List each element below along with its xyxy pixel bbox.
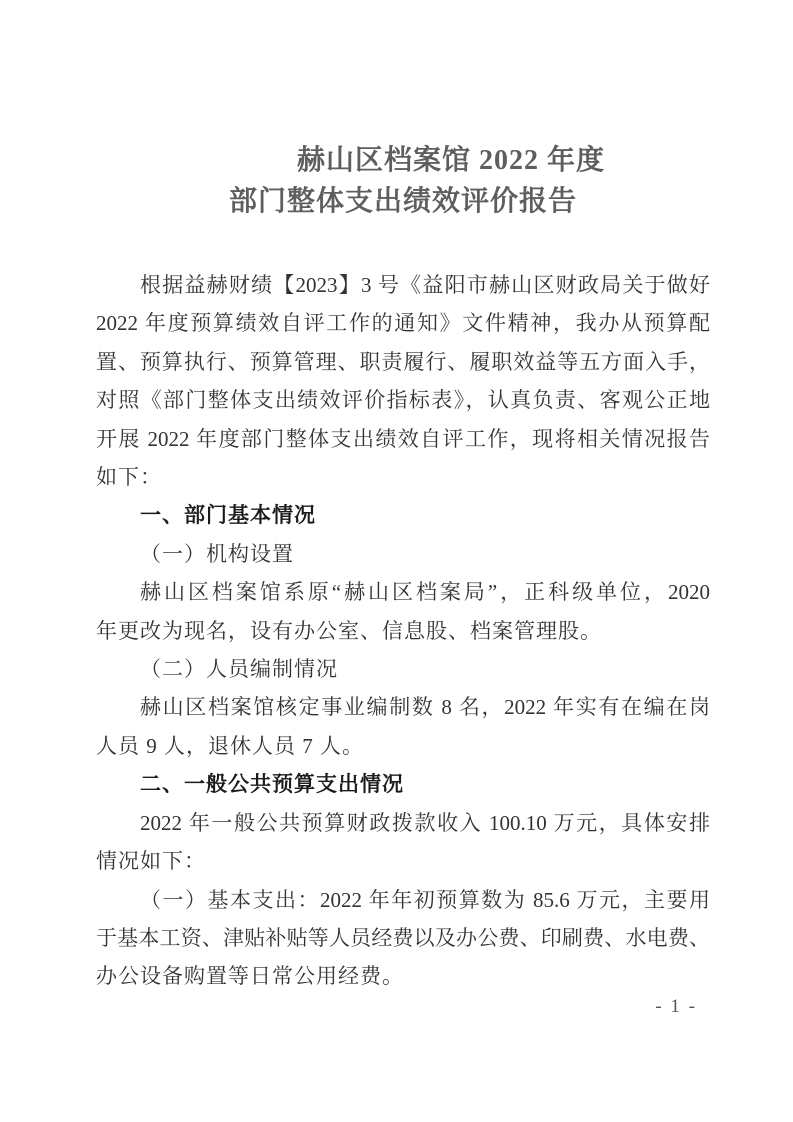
section-heading-2: 二、一般公共预算支出情况 bbox=[96, 765, 710, 803]
paragraph-line: 根据益赫财绩【2023】3 号《益阳市赫山区财政局关于做好 bbox=[96, 266, 710, 304]
document-title: 赫山区档案馆 2022 年度 部门整体支出绩效评价报告 bbox=[96, 140, 710, 222]
paragraph-line: 年更改为现名，设有办公室、信息股、档案管理股。 bbox=[96, 612, 710, 650]
paragraph-line: 赫山区档案馆核定事业编制数 8 名，2022 年实有在编在岗 bbox=[96, 688, 710, 726]
paragraph-line: 开展 2022 年度部门整体支出绩效自评工作，现将相关情况报告 bbox=[96, 420, 710, 458]
paragraph-line: 情况如下： bbox=[96, 842, 710, 880]
paragraph-line: 对照《部门整体支出绩效评价指标表》，认真负责、客观公正地 bbox=[96, 381, 710, 419]
document-page: 赫山区档案馆 2022 年度 部门整体支出绩效评价报告 根据益赫财绩【2023】… bbox=[0, 0, 793, 1122]
title-line-2: 部门整体支出绩效评价报告 bbox=[96, 181, 710, 222]
sub-heading: （一）机构设置 bbox=[96, 535, 710, 573]
paragraph-line: 办公设备购置等日常公用经费。 bbox=[96, 957, 710, 995]
page-number: - 1 - bbox=[655, 996, 697, 1018]
paragraph-line: 2022 年一般公共预算财政拨款收入 100.10 万元，具体安排 bbox=[96, 804, 710, 842]
paragraph-line: 人员 9 人，退休人员 7 人。 bbox=[96, 727, 710, 765]
title-line-1: 赫山区档案馆 2022 年度 bbox=[96, 140, 710, 181]
section-heading-1: 一、部门基本情况 bbox=[96, 496, 710, 534]
paragraph-line: 赫山区档案馆系原“赫山区档案局”，正科级单位，2020 bbox=[96, 573, 710, 611]
paragraph-line: 于基本工资、津贴补贴等人员经费以及办公费、印刷费、水电费、 bbox=[96, 919, 710, 957]
paragraph-line: （一）基本支出：2022 年年初预算数为 85.6 万元，主要用 bbox=[96, 881, 710, 919]
paragraph-line: 如下： bbox=[96, 458, 710, 496]
document-body: 根据益赫财绩【2023】3 号《益阳市赫山区财政局关于做好 2022 年度预算绩… bbox=[96, 266, 710, 996]
paragraph-line: 置、预算执行、预算管理、职责履行、履职效益等五方面入手， bbox=[96, 343, 710, 381]
paragraph-line: 2022 年度预算绩效自评工作的通知》文件精神，我办从预算配 bbox=[96, 304, 710, 342]
sub-heading: （二）人员编制情况 bbox=[96, 650, 710, 688]
